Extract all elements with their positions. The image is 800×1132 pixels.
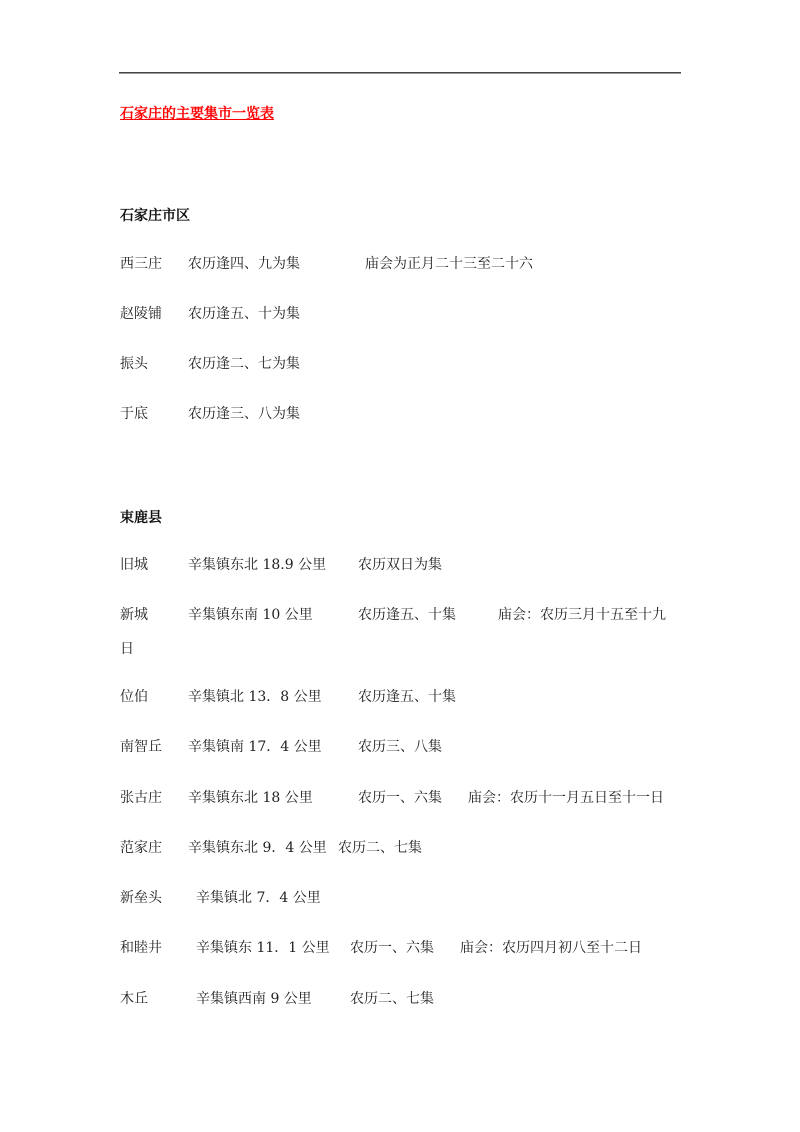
market-location: 辛集镇东 11．1 公里 — [196, 939, 330, 957]
market-location: 辛集镇北 13．8 公里 — [188, 688, 322, 706]
market-schedule: 农历逢四、九为集 — [188, 255, 300, 273]
market-schedule: 农历三、八集 — [358, 738, 442, 756]
section-heading-shulu: 束鹿县 — [120, 507, 162, 527]
market-schedule: 农历双日为集 — [358, 556, 442, 574]
market-name: 张古庄 — [120, 789, 162, 807]
market-schedule: 农历二、七集 — [338, 839, 422, 857]
market-schedule: 农历逢三、八为集 — [188, 405, 300, 423]
market-name: 振头 — [120, 355, 148, 373]
temple-fair: 庙会为正月二十三至二十六 — [365, 255, 533, 273]
temple-fair: 庙会：农历十一月五日至十一日 — [468, 789, 664, 807]
market-name: 西三庄 — [120, 255, 162, 273]
market-schedule: 农历逢五、十集 — [358, 688, 456, 706]
market-location: 辛集镇东南 10 公里 — [188, 606, 313, 624]
market-name: 新垒头 — [120, 889, 162, 907]
document-title-link[interactable]: 石家庄的主要集市一览表 — [120, 103, 274, 123]
market-location: 辛集镇西南 9 公里 — [196, 990, 312, 1008]
temple-fair: 庙会：农历三月十五至十九 — [498, 606, 666, 624]
market-name: 位伯 — [120, 688, 148, 706]
market-name: 于底 — [120, 405, 148, 423]
market-schedule: 农历逢五、十集 — [358, 606, 456, 624]
market-location: 辛集镇东北 9．4 公里 — [188, 839, 327, 857]
top-rule — [119, 72, 681, 74]
market-location: 辛集镇南 17．4 公里 — [188, 738, 322, 756]
market-name: 木丘 — [120, 990, 148, 1008]
market-name: 范家庄 — [120, 839, 162, 857]
market-schedule: 农历逢二、七为集 — [188, 355, 300, 373]
market-schedule: 农历一、六集 — [350, 939, 434, 957]
section-heading-city: 石家庄市区 — [120, 205, 190, 225]
market-location: 辛集镇东北 18.9 公里 — [188, 556, 326, 574]
market-location: 辛集镇北 7．4 公里 — [196, 889, 321, 907]
market-name: 南智丘 — [120, 738, 162, 756]
temple-fair: 庙会：农历四月初八至十二日 — [460, 939, 642, 957]
market-schedule: 农历逢五、十为集 — [188, 305, 300, 323]
market-name: 和睦井 — [120, 939, 162, 957]
market-name: 新城 — [120, 606, 148, 624]
market-name: 赵陵铺 — [120, 305, 162, 323]
market-schedule: 农历二、七集 — [350, 990, 434, 1008]
market-schedule: 农历一、六集 — [358, 789, 442, 807]
temple-fair-wrap: 日 — [120, 638, 134, 658]
market-location: 辛集镇东北 18 公里 — [188, 789, 313, 807]
market-name: 旧城 — [120, 556, 148, 574]
